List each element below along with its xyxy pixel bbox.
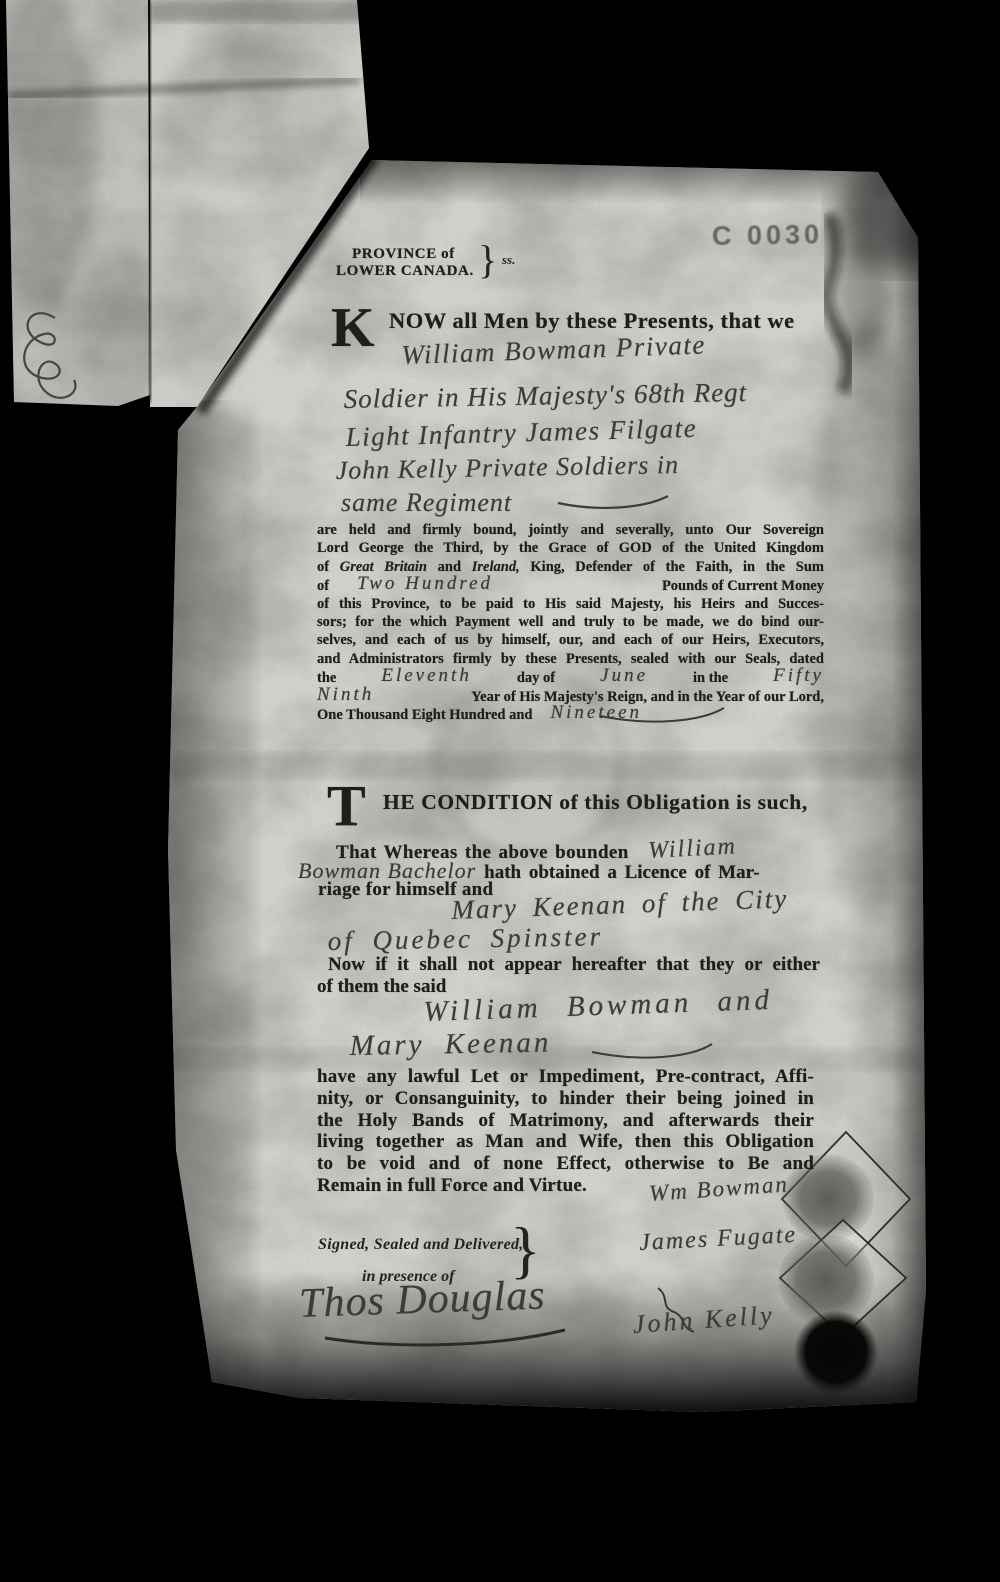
closing-line: to be void and of none Effect, otherwise… (317, 1153, 814, 1175)
bond-line: Lord George the Third, by the Grace of G… (317, 539, 824, 557)
bond-line-year: One Thousand Eight Hundred and Nineteen (317, 705, 824, 723)
closing-line: have any lawful Let or Impediment, Pre-c… (317, 1066, 814, 1088)
handwritten-obligors-line4: John Kelly Private Soldiers in (335, 450, 679, 486)
opening-heading: NOW all Men by these Presents, that we (389, 308, 795, 334)
closing-line: living together as Man and Wife, then th… (317, 1131, 814, 1153)
condition-dropcap: T (327, 777, 366, 835)
handwritten-obligors-line1: William Bowman Private (401, 329, 706, 371)
bond-line: selves, and each of us by himself, our, … (317, 631, 824, 649)
handwritten-day: Eleventh (381, 667, 471, 685)
bond-line: of this Province, to be paid to His said… (317, 595, 824, 613)
closing-line: the Holy Bands of Matrimony, and afterwa… (317, 1110, 814, 1132)
header-ss-label: ss. (502, 252, 515, 268)
bond-paragraph: are held and firmly bound, jointly and s… (317, 521, 824, 723)
handwritten-month: June (600, 667, 648, 685)
closing-line: nity, or Consanguinity, to hinder their … (317, 1088, 814, 1110)
header-brace: } (478, 240, 497, 280)
bond-line: sors; for the which Payment well and tru… (317, 613, 824, 631)
document-text: C 0030 PROVINCE of LOWER CANADA. } ss. K… (0, 0, 1000, 1582)
microfilm-scan-page: C 0030 PROVINCE of LOWER CANADA. } ss. K… (0, 0, 1000, 1582)
bond-line-sum: of Two Hundred Pounds of Current Money (317, 576, 824, 594)
handwritten-obligors-line5: same Regiment (341, 488, 512, 518)
condition-heading: HE CONDITION of this Obligation is such, (383, 790, 808, 815)
handwritten-reign-year: Ninth (317, 686, 374, 704)
handwritten-year: Nineteen (550, 704, 642, 722)
bond-line: are held and firmly bound, jointly and s… (317, 521, 824, 539)
handwritten-couple-line1: William Bowman and (423, 984, 774, 1029)
handwritten-bride-line1: Mary Keenan of the City (451, 883, 789, 926)
signature-party2: James Fugate (639, 1222, 798, 1257)
proviso-line2: of them the said (317, 976, 446, 998)
signature-witness: Thos Douglas (298, 1271, 546, 1328)
stamp-number: C 0030 (712, 219, 824, 252)
handwritten-sum: Two Hundred (357, 575, 662, 593)
handwritten-reign-decade: Fifty (773, 667, 824, 685)
handwritten-couple-line2: Mary Keenan (349, 1026, 551, 1063)
opening-dropcap: K (331, 300, 375, 356)
header-province-line2: LOWER CANADA. (336, 263, 474, 280)
handwritten-obligors-line2: Soldier in His Majesty's 68th Regt (343, 377, 747, 415)
attestation-line1: Signed, Sealed and Delivered, (318, 1236, 524, 1254)
header-province-line1: PROVINCE of (352, 246, 455, 263)
signature-party3: John Kelly (632, 1300, 776, 1340)
proviso-line1: Now if it shall not appear hereafter tha… (328, 954, 820, 976)
handwritten-obligors-line3: Light Infantry James Filgate (345, 413, 697, 453)
handwritten-bride-line2: of Quebec Spinster (327, 921, 603, 957)
bond-line-date: the Eleventh day of June in the Fifty (317, 668, 824, 686)
